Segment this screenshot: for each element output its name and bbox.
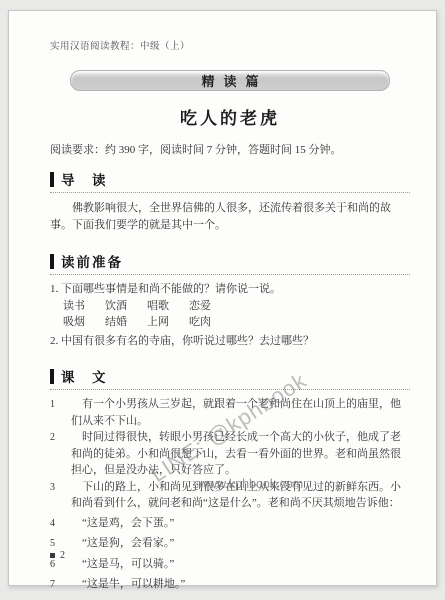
word-grid-row-2: 吸烟 结婚 上网 吃肉 bbox=[63, 315, 410, 329]
reading-requirements: 阅读要求：约 390 字，阅读时间 7 分钟，答题时间 15 分钟。 bbox=[50, 141, 410, 157]
text-section-title: 课 文 bbox=[61, 366, 108, 386]
word-item: 上网 bbox=[147, 315, 189, 329]
pre-reading-section-header: 读前准备 bbox=[50, 251, 410, 275]
section-banner-label: 精读篇 bbox=[192, 71, 267, 90]
text-paragraph: 7 “这是牛，可以耕地。” bbox=[50, 576, 410, 594]
paragraph-number: 1 bbox=[50, 396, 71, 429]
page-number-value: 2 bbox=[60, 550, 65, 561]
page-number-bullet-icon bbox=[50, 553, 55, 558]
word-item: 结婚 bbox=[105, 315, 147, 329]
section-banner: 精读篇 bbox=[70, 70, 390, 91]
pre-reading-question-2: 2. 中国有很多有名的寺庙，你听说过哪些？去过哪些？ bbox=[50, 334, 410, 349]
text-paragraph: 5 “这是狗，会看家。” bbox=[50, 535, 410, 553]
word-item: 读书 bbox=[63, 299, 105, 313]
paragraph-text: “这是牛，可以耕地。” bbox=[71, 576, 410, 594]
text-paragraph: 3 下山的路上，小和尚见到很多在山上从来没有见过的新鲜东西。小和尚看到什么，就问… bbox=[50, 479, 410, 512]
paragraph-text: 下山的路上，小和尚见到很多在山上从来没有见过的新鲜东西。小和尚看到什么，就问老和… bbox=[71, 479, 410, 512]
paragraph-number: 3 bbox=[50, 479, 71, 512]
paragraph-text: “这是鸡，会下蛋。” bbox=[71, 515, 410, 533]
pre-reading-question-1: 1. 下面哪些事情是和尚不能做的？请你说一说。 bbox=[50, 282, 410, 297]
intro-section-header: 导 读 bbox=[50, 169, 410, 193]
paragraph-text: “这是狗，会看家。” bbox=[71, 535, 410, 553]
section-tick-icon bbox=[50, 254, 54, 269]
word-item: 饮酒 bbox=[105, 299, 147, 313]
word-item: 恋爱 bbox=[189, 299, 231, 313]
pre-reading-section-title: 读前准备 bbox=[61, 251, 123, 271]
intro-section-title: 导 读 bbox=[61, 169, 108, 189]
lesson-title: 吃人的老虎 bbox=[50, 104, 410, 129]
lesson-text: 1 有一个小男孩从三岁起，就跟着一个老和尚住在山顶上的庙里，他们从来不下山。 2… bbox=[50, 396, 410, 594]
text-paragraph: 4 “这是鸡，会下蛋。” bbox=[50, 515, 410, 533]
running-header: 实用汉语阅读教程：中级（上） bbox=[50, 38, 410, 52]
paragraph-text: 时间过得很快，转眼小男孩已经长成一个高大的小伙子，他成了老和尚的徒弟。小和尚很想… bbox=[71, 429, 410, 479]
intro-text: 佛教影响很大，全世界信佛的人很多，还流传着很多关于和尚的故事。下面我们要学的就是… bbox=[50, 200, 410, 234]
text-section-header: 课 文 bbox=[50, 366, 410, 390]
page-number: 2 bbox=[50, 550, 65, 561]
paragraph-number: 4 bbox=[50, 515, 71, 533]
section-tick-icon bbox=[50, 369, 54, 384]
paragraph-number: 2 bbox=[50, 429, 71, 479]
paragraph-number: 7 bbox=[50, 576, 71, 594]
text-paragraph: 6 “这是马，可以骑。” bbox=[50, 556, 410, 574]
paragraph-text: 有一个小男孩从三岁起，就跟着一个老和尚住在山顶上的庙里，他们从来不下山。 bbox=[71, 396, 410, 429]
word-item: 唱歌 bbox=[147, 299, 189, 313]
word-grid-row-1: 读书 饮酒 唱歌 恋爱 bbox=[63, 299, 410, 313]
text-paragraph: 2 时间过得很快，转眼小男孩已经长成一个高大的小伙子，他成了老和尚的徒弟。小和尚… bbox=[50, 429, 410, 479]
word-item: 吸烟 bbox=[63, 315, 105, 329]
text-paragraph: 1 有一个小男孩从三岁起，就跟着一个老和尚住在山顶上的庙里，他们从来不下山。 bbox=[50, 396, 410, 429]
scanned-page-canvas: 实用汉语阅读教程：中级（上） 精读篇 吃人的老虎 阅读要求：约 390 字，阅读… bbox=[0, 0, 445, 600]
paragraph-text: “这是马，可以骑。” bbox=[71, 556, 410, 574]
book-page: 实用汉语阅读教程：中级（上） 精读篇 吃人的老虎 阅读要求：约 390 字，阅读… bbox=[8, 10, 437, 586]
section-tick-icon bbox=[50, 172, 54, 187]
word-item: 吃肉 bbox=[189, 315, 231, 329]
